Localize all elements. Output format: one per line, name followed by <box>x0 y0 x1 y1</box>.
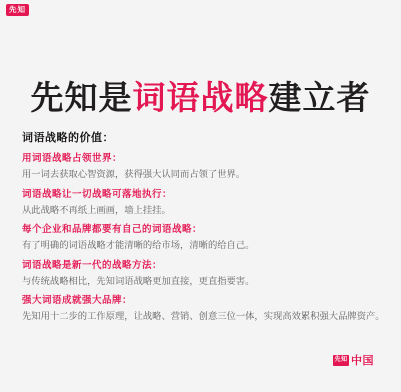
headline-highlight: 词语战略 <box>133 79 269 116</box>
page-title: 先知是词语战略建立者 <box>0 78 401 118</box>
value-section: 词语战略的价值： 用词语战略占领世界： 用一词去获取心智资源，获得强大认同而占领… <box>22 130 392 323</box>
value-item: 词语战略让一切战略可落地执行： 从此战略不再纸上画画，墙上挂挂。 <box>22 188 392 217</box>
value-item-heading: 强大词语成就强大品牌： <box>22 294 392 307</box>
value-item-heading: 词语战略让一切战略可落地执行： <box>22 188 392 201</box>
value-item-body: 从此战略不再纸上画画，墙上挂挂。 <box>22 204 392 217</box>
section-label: 词语战略的价值： <box>22 130 392 146</box>
value-item-heading: 词语战略是新一代的战略方法： <box>22 259 392 272</box>
xianzhi-seal-icon: 先知 <box>333 355 349 366</box>
value-item-body: 与传统战略相比，先知词语战略更加直接，更直指要害。 <box>22 275 392 288</box>
value-item-heading: 每个企业和品牌都要有自己的词语战略： <box>22 223 392 236</box>
value-item: 用词语战略占领世界： 用一词去获取心智资源，获得强大认同而占领了世界。 <box>22 152 392 181</box>
value-item-heading: 用词语战略占领世界： <box>22 152 392 165</box>
value-item-body: 有了明确的词语战略才能清晰的给市场，清晰的给自己。 <box>22 239 392 252</box>
value-item-body: 用一词去获取心智资源，获得强大认同而占领了世界。 <box>22 168 392 181</box>
page: 先知 先知是词语战略建立者 词语战略的价值： 用词语战略占领世界： 用一词去获取… <box>0 0 401 392</box>
value-item-body: 先知用十二步的工作原理，让战略、营销、创意三位一体，实现高效累积强大品牌资产。 <box>22 310 392 323</box>
headline-suffix: 建立者 <box>269 79 371 116</box>
headline-prefix: 先知是 <box>31 79 133 116</box>
xianzhi-brand-watermark-bottom-right: 先知 中国 <box>333 352 374 368</box>
value-item: 强大词语成就强大品牌： 先知用十二步的工作原理，让战略、营销、创意三位一体，实现… <box>22 294 392 323</box>
value-item: 每个企业和品牌都要有自己的词语战略： 有了明确的词语战略才能清晰的给市场，清晰的… <box>22 223 392 252</box>
value-item: 词语战略是新一代的战略方法： 与传统战略相比，先知词语战略更加直接，更直指要害。 <box>22 259 392 288</box>
brand-text: 中国 <box>351 352 374 368</box>
xianzhi-seal-logo-top-left: 先知 <box>6 4 29 16</box>
